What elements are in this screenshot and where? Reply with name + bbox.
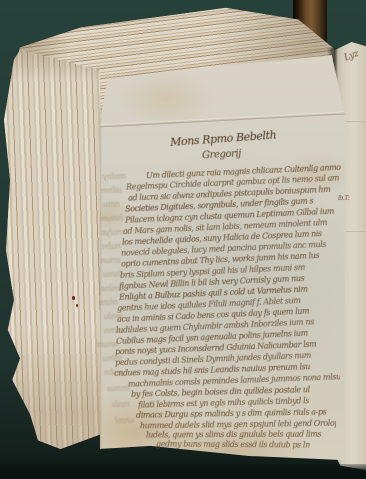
red-seal-speck <box>76 304 78 307</box>
manuscript-photo: Mons Rpmo BebelthGregorijUm dilecti gunz… <box>0 0 366 479</box>
table-shadow-band <box>0 464 366 479</box>
manuscript-page <box>88 48 348 466</box>
red-seal-speck <box>72 296 75 300</box>
page-stack-left-edges <box>0 30 112 462</box>
page-fold-line <box>98 112 345 128</box>
